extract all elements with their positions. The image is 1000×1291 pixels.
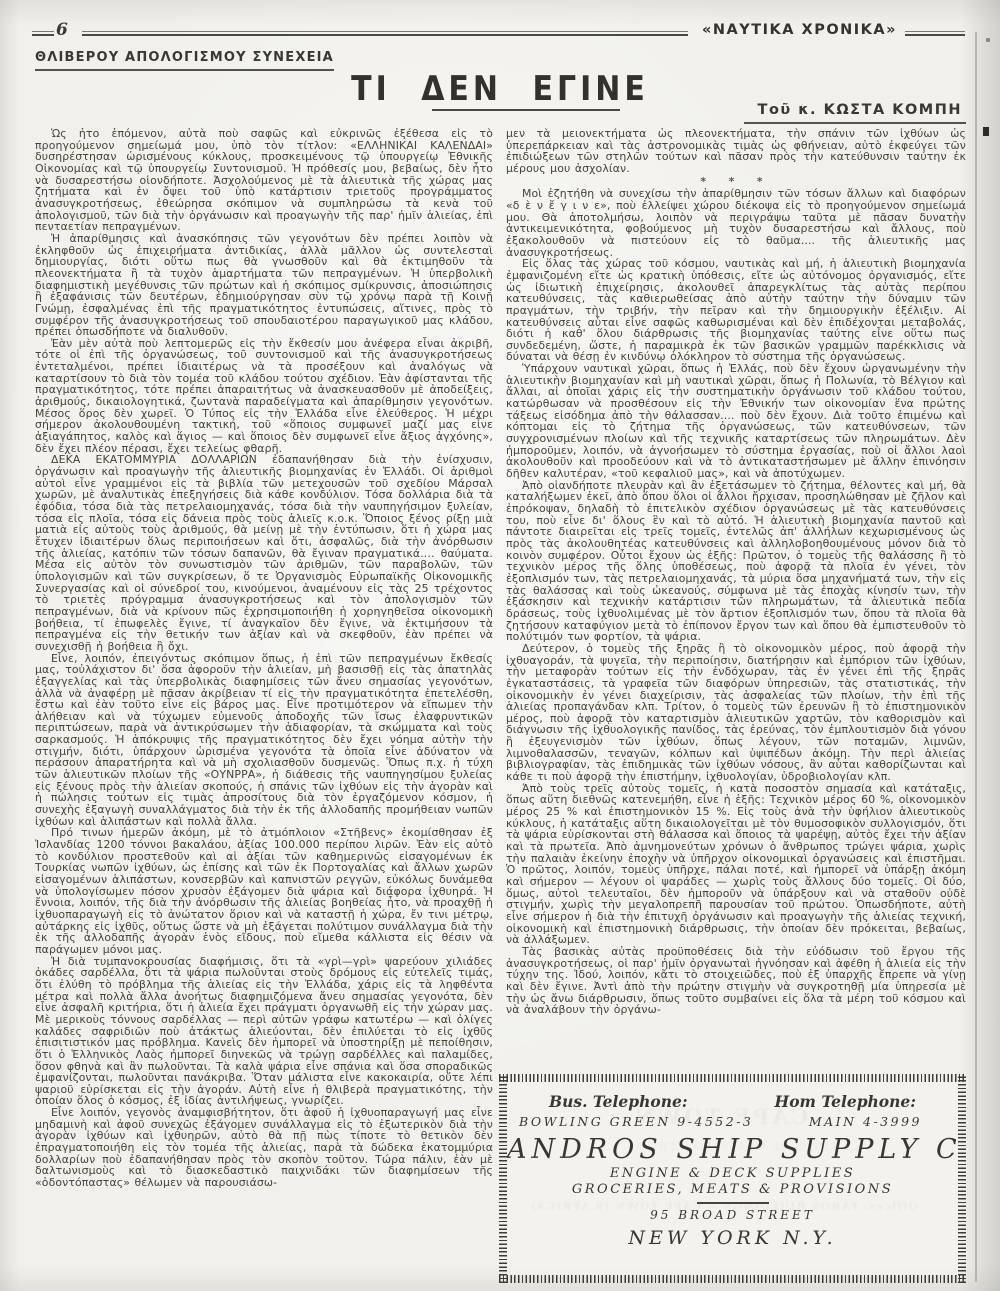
ad-city-address: NEW YORK N.Y. [507,1227,958,1249]
article-paragraph: Εἶνε λοιπόν, γεγονὸς ἀναμφισβήτητον, ὅτι… [35,1107,493,1189]
ad-street-address: 95 BROAD STREET [507,1208,958,1222]
header-rule-right [905,31,965,36]
article-paragraph: Ἡ ἀπαρίθμησις καὶ ἀνασκόπησις τῶν γεγονό… [35,233,493,338]
article-byline: Τοῦ κ. ΚΩΣΤΑ ΚΟΜΠΗ [620,99,966,124]
article-paragraph: Τὰς βασικὰς αὐτὰς προϋποθέσεις διὰ τὴν ε… [506,946,966,1016]
article-paragraph: ΔΕΚΑ ΕΚΑΤΟΜΜΥΡΙΑ ΔΟΛΛΑΡΙΩΝ ἐδαπανήθησαν … [35,454,493,652]
ad-bus-telephone-number: BOWLING GREEN 9-4552-3 [519,1114,753,1129]
article-kicker: ΘΛΙΒΕΡΟΥ ΑΠΟΛΟΓΙΣΜΟΥ ΣΥΝΕΧΕΙΑ [35,50,334,71]
scanned-magazine-page: 6 «ΝΑΥΤΙΚΑ ΧΡΟΝΙΚΑ» ΘΛΙΒΕΡΟΥ ΑΠΟΛΟΓΙΣΜΟΥ… [0,0,1000,1291]
article-paragraph: Ὑπάρχουν ναυτικαὶ χῶραι, ὅπως ἡ Ἑλλάς, π… [506,363,966,480]
page-fold-line [975,32,977,1282]
ad-border-right [958,1074,966,1283]
ad-bus-telephone-label: Bus. Telephone: [549,1092,688,1111]
ad-services-line2: GROCERIES, MEATS & PROVISIONS [507,1182,958,1197]
edge-speck [986,38,990,42]
ad-home-telephone-number: MAIN 4-3999 [809,1114,922,1129]
article-paragraph: μεν τὰ μειονεκτήματα ὡς πλεονεκτήματα, τ… [506,128,966,175]
article-paragraph: Ἀπὸ οἱανδήποτε πλευρὰν καὶ ἂν ἐξετάσωμεν… [506,480,966,643]
article-paragraph: Εἶνε, λοιπόν, ἐπειγόντως σκόπιμον ὅπως, … [35,653,493,828]
ad-company-main: ANDROS SHIP SUPPLY C [507,1134,958,1165]
ad-telephone-labels: Bus. Telephone: Hom Telephone: [507,1082,958,1111]
header-rule-left [32,31,54,36]
advertisement-andros-ship-supply: CAPE TOWNALL KINDS OF MEATS, POULTRYOffi… [499,1074,966,1283]
article-paragraph: Μοὶ ἐζητήθη νὰ συνεχίσω τὴν ἀπαρίθμησιν … [506,188,966,258]
ad-home-telephone-label: Hom Telephone: [775,1092,916,1111]
edge-ink-mark [983,127,989,136]
ad-content: Bus. Telephone: Hom Telephone: BOWLING G… [507,1082,958,1275]
article-column-left: Ὡς ἦτο ἑπόμενον, αὐτὰ ποὺ σαφῶς καὶ εὐκρ… [35,128,493,1246]
masthead-title: «ΝΑΥΤΙΚΑ ΧΡΟΝΙΚΑ» [702,22,897,38]
article-paragraph: Ἐὰν μὲν αὐτὰ ποὺ λεπτομερῶς εἰς τὴν ἔκθε… [35,338,493,455]
article-paragraph: Ἡ διὰ τυμπανοκρουσίας διαφήμισις, ὅτι τὰ… [35,956,493,1108]
page-number: 6 [56,20,68,40]
ad-border-top [499,1074,966,1082]
article-paragraph: Πρό τινων ἡμερῶν ἀκόμη, μὲ τὸ ἀτμόπλοιον… [35,827,493,955]
article-paragraph: Δεύτερον, ὁ τομεὺς τῆς ξηρᾶς ἢ τὸ οἰκονο… [506,643,966,783]
title-underline [432,109,620,111]
header-rule-middle [82,31,688,36]
article-column-right: μεν τὰ μειονεκτήματα ὡς πλεονεκτήματα, τ… [506,128,966,1074]
article-paragraph: Ὡς ἦτο ἑπόμενον, αὐτὰ ποὺ σαφῶς καὶ εὐκρ… [35,128,493,233]
section-separator: * * * [506,176,966,188]
ad-divider-rule [697,1202,769,1204]
article-paragraph: Ἀπὸ τοὺς τρεῖς αὐτοὺς τομεῖς, ἡ κατὰ ποσ… [506,783,966,946]
article-paragraph: Εἰς ὅλας τὰς χώρας τοῦ κόσμου, ναυτικὰς … [506,258,966,363]
byline-text: Τοῦ κ. ΚΩΣΤΑ ΚΟΜΠΗ [744,102,966,124]
ad-border-left [499,1074,507,1283]
ad-border-bottom [499,1275,966,1283]
ad-services-line1: ENGINE & DECK SUPPLIES [507,1166,958,1181]
ad-company-name: ANDROS SHIP SUPPLY Co [507,1134,958,1165]
ad-telephone-numbers: BOWLING GREEN 9-4552-3 MAIN 4-3999 [507,1111,958,1129]
